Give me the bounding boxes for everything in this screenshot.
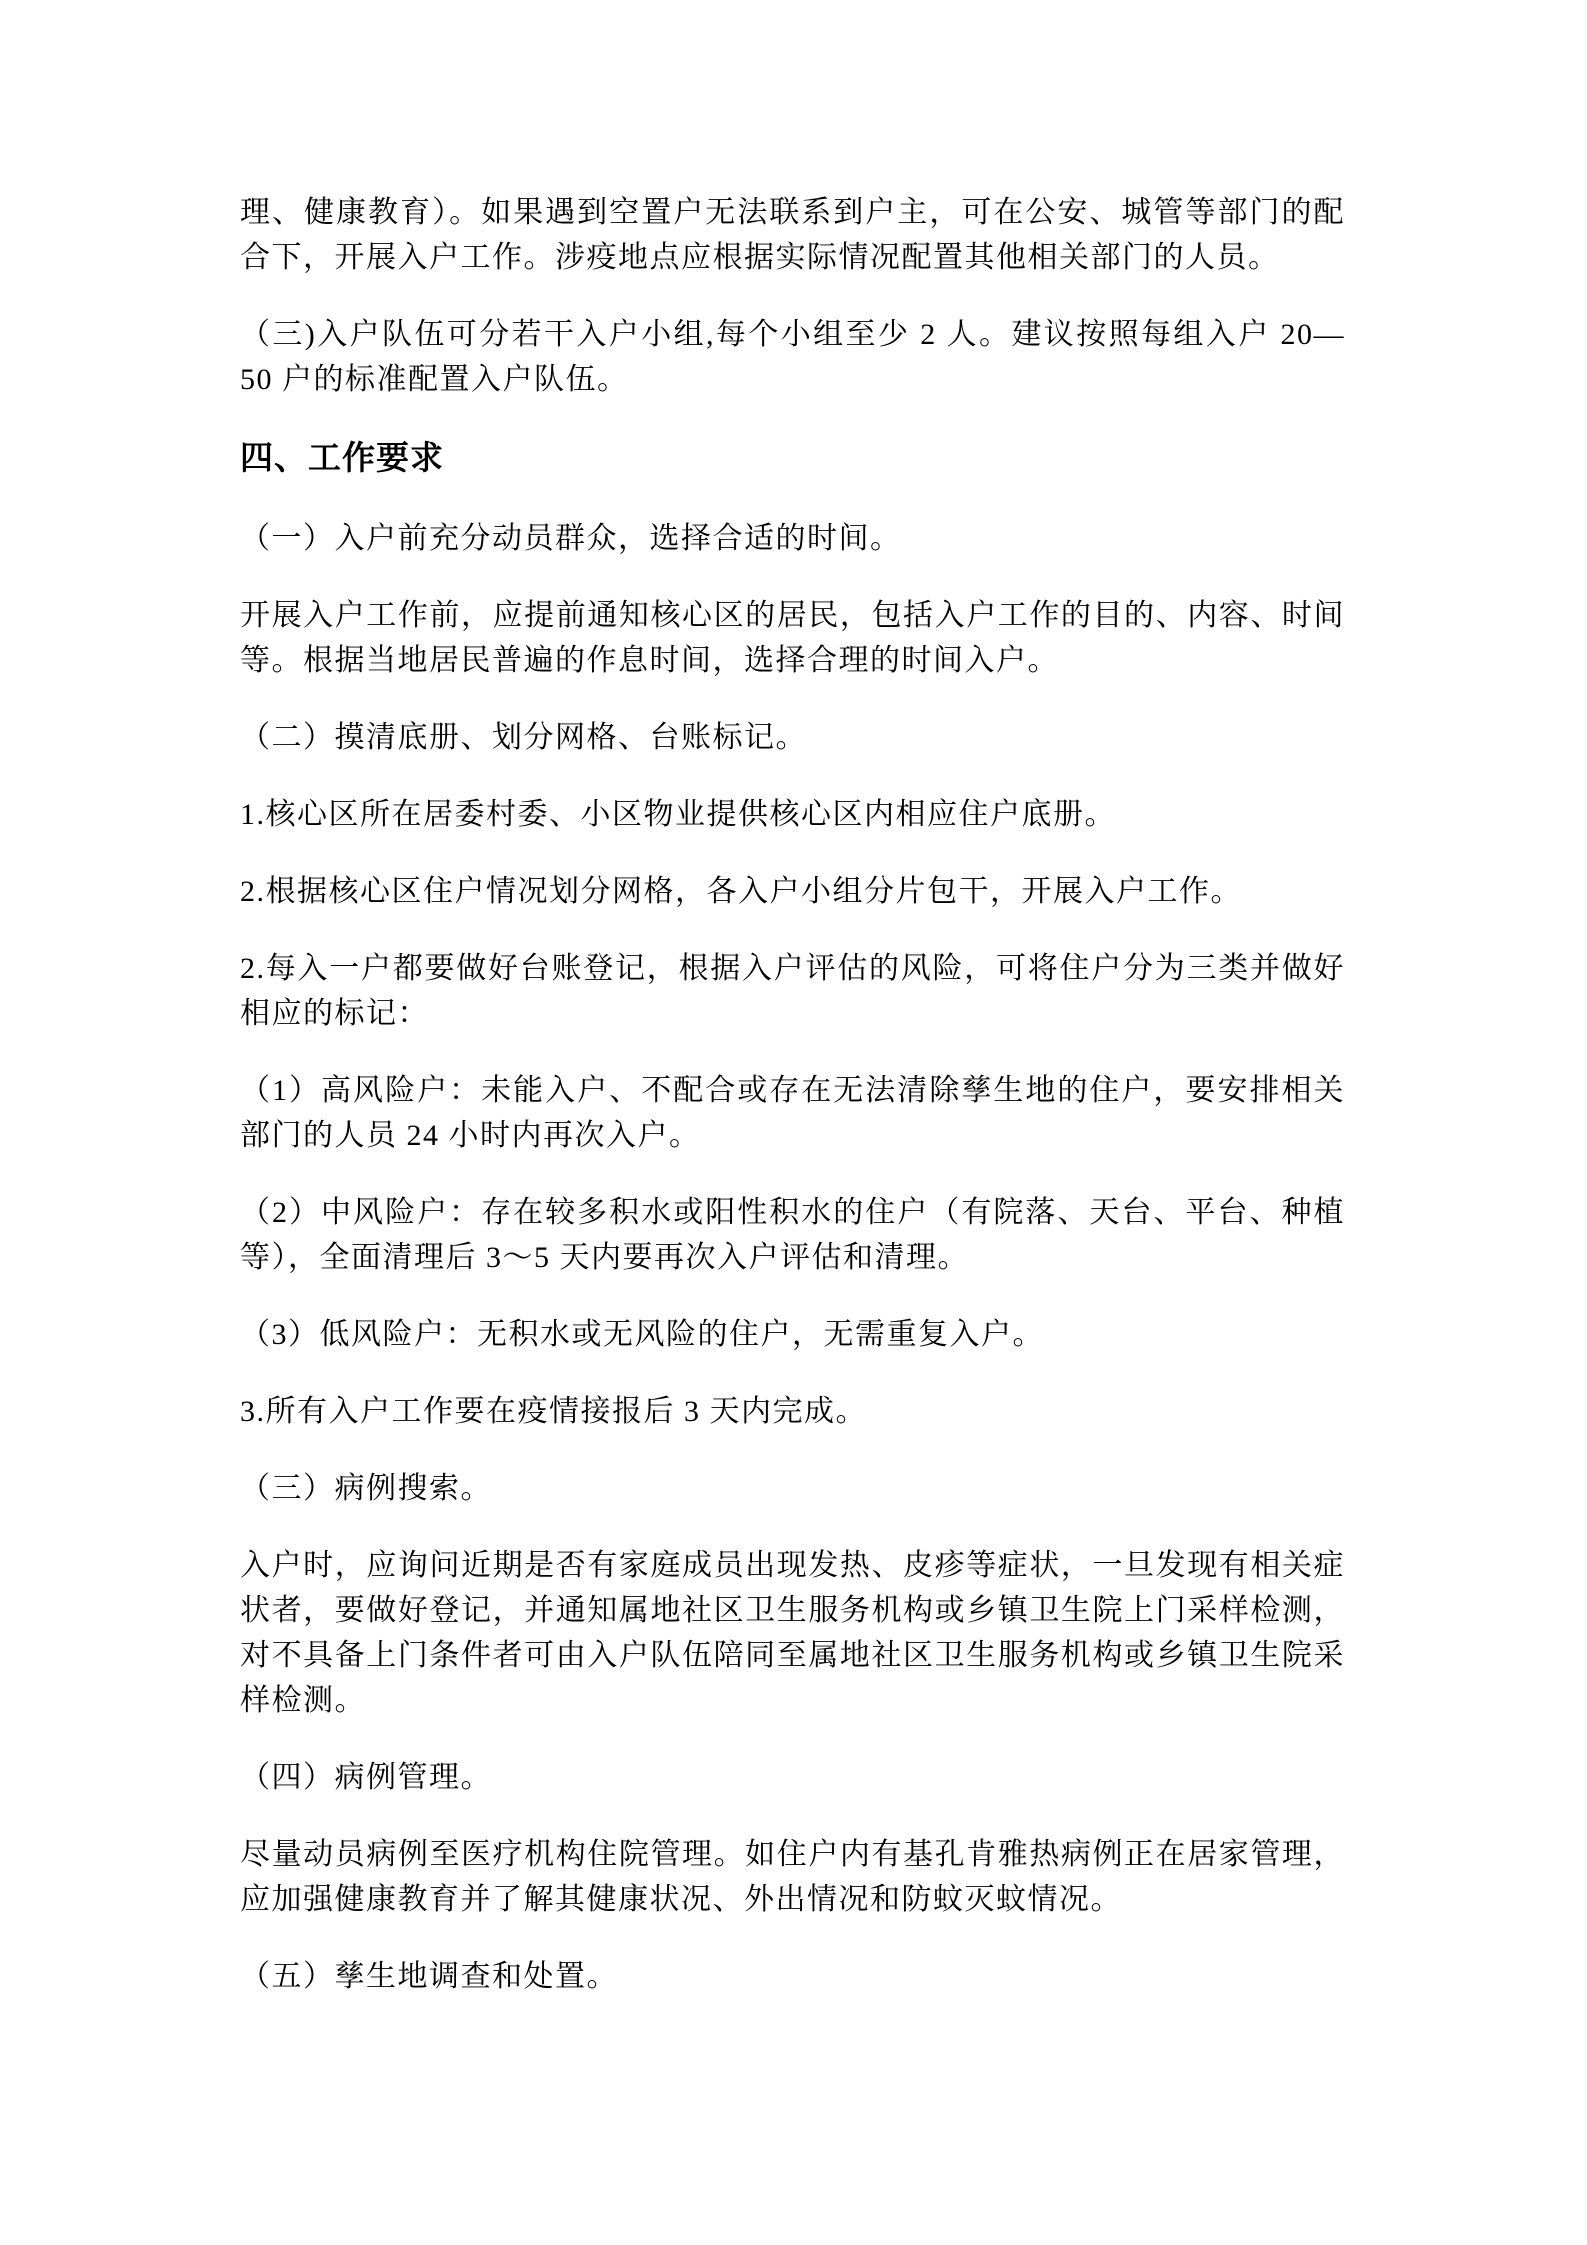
document-page: 理、健康教育）。如果遇到空置户无法联系到户主，可在公安、城管等部门的配合下，开展…: [0, 0, 1587, 2245]
paragraph-medium-risk-household: （2）中风险户：存在较多积水或阳性积水的住户（有院落、天台、平台、种植等），全面…: [240, 1190, 1345, 1280]
sub-heading-3-case-search: （三）病例搜索。: [240, 1466, 1345, 1511]
paragraph-item-1-household-register: 1.核心区所在居委村委、小区物业提供核心区内相应住户底册。: [240, 792, 1345, 837]
paragraph-case-management-detail: 尽量动员病例至医疗机构住院管理。如住户内有基孔肯雅热病例正在居家管理，应加强健康…: [240, 1832, 1345, 1922]
paragraph-case-search-detail: 入户时，应询问近期是否有家庭成员出现发热、皮疹等症状，一旦发现有相关症状者，要做…: [240, 1543, 1345, 1723]
sub-heading-1-mobilize: （一）入户前充分动员群众，选择合适的时间。: [240, 516, 1345, 561]
paragraph-item-2-divide-grids: 2.根据核心区住户情况划分网格，各入户小组分片包干，开展入户工作。: [240, 869, 1345, 914]
sub-heading-2-registers-grids: （二）摸清底册、划分网格、台账标记。: [240, 715, 1345, 760]
sub-heading-5-breeding-site: （五）孳生地调查和处置。: [240, 1954, 1345, 1999]
document-content: 理、健康教育）。如果遇到空置户无法联系到户主，可在公安、城管等部门的配合下，开展…: [240, 190, 1345, 2031]
paragraph-item-3-teams: （三)入户队伍可分若干入户小组,每个小组至少 2 人。建议按照每组入户 20—5…: [240, 312, 1345, 402]
paragraph-high-risk-household: （1）高风险户：未能入户、不配合或存在无法清除孳生地的住户，要安排相关部门的人员…: [240, 1068, 1345, 1158]
paragraph-continuation: 理、健康教育）。如果遇到空置户无法联系到户主，可在公安、城管等部门的配合下，开展…: [240, 190, 1345, 280]
sub-heading-4-case-management: （四）病例管理。: [240, 1755, 1345, 1800]
section-heading-work-requirements: 四、工作要求: [240, 434, 1345, 482]
paragraph-notify-residents: 开展入户工作前，应提前通知核心区的居民，包括入户工作的目的、内容、时间等。根据当…: [240, 593, 1345, 683]
paragraph-item-2-ledger-marking: 2.每入一户都要做好台账登记，根据入户评估的风险，可将住户分为三类并做好相应的标…: [240, 946, 1345, 1036]
paragraph-low-risk-household: （3）低风险户：无积水或无风险的住户，无需重复入户。: [240, 1312, 1345, 1357]
paragraph-item-3-deadline: 3.所有入户工作要在疫情接报后 3 天内完成。: [240, 1389, 1345, 1434]
